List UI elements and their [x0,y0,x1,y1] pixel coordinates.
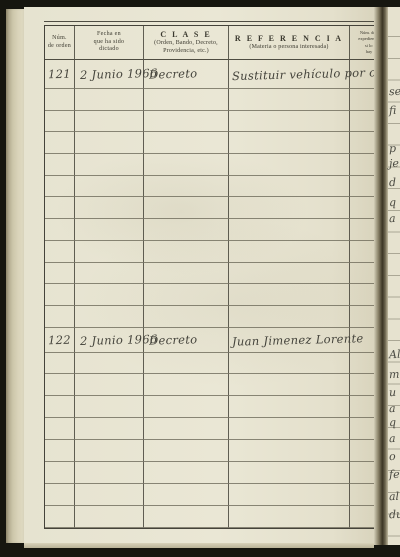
register-row-18-col-3 [229,462,350,484]
register-row-3-col-0 [45,132,75,154]
register-row-14-col-2 [144,374,229,396]
register-row-11-col-1 [75,306,144,328]
cutoff-handwriting-fragment: fe [389,468,400,481]
register-row-6-col-0 [45,197,75,219]
register-row-3-col-3 [229,132,350,154]
register-row-1-col-2 [144,89,229,111]
register-row-7-col-0 [45,219,75,241]
cutoff-handwriting-fragment: a [389,402,396,415]
register-row-3-col-1 [75,132,144,154]
register-row-5-col-3 [229,176,350,198]
header-text: hay [365,49,372,54]
register-row-4-col-3 [229,154,350,176]
register-row-0-col-0: 121 [45,60,75,89]
header-text: si lo [365,43,373,48]
register-row-1-col-3 [229,89,350,111]
register-row-10-col-0 [45,284,75,306]
register-row-19-col-2 [144,484,229,506]
register-row-6-col-3 [229,197,350,219]
register-row-5-col-1 [75,176,144,198]
register-row-4-col-2 [144,154,229,176]
header-text: R E F E R E N C I A [235,34,343,44]
register-row-19-col-1 [75,484,144,506]
handwritten-entry: Decreto [144,332,198,347]
register-row-20-col-2 [144,506,229,528]
cutoff-handwriting-fragment: a [389,212,396,225]
register-row-4-col-1 [75,154,144,176]
register-row-8-col-0 [45,241,75,263]
register-row-7-col-3 [229,219,350,241]
register-row-6-col-2 [144,197,229,219]
register-row-15-col-1 [75,396,144,418]
register-row-19-col-3 [229,484,350,506]
register-row-17-col-3 [229,440,350,462]
header-text: dictado [99,46,119,54]
cutoff-handwriting-fragment: al [389,490,400,503]
register-row-9-col-3 [229,263,350,285]
register-row-13-col-3 [229,353,350,375]
handwritten-entry: Decreto [144,66,198,81]
register-row-1-col-0 [45,89,75,111]
cutoff-handwriting-fragment: d [389,176,396,189]
header-clase: C L A S E (Orden, Bando, Decreto, Provid… [144,26,229,60]
register-row-9-col-1 [75,263,144,285]
register-row-12-col-1: 2 Junio 1966 [75,328,144,353]
register-row-9-col-0 [45,263,75,285]
register-row-15-col-2 [144,396,229,418]
header-text: (Orden, Bando, Decreto, [154,40,218,48]
register-row-20-col-3 [229,506,350,528]
register-row-8-col-1 [75,241,144,263]
handwritten-entry: 121 [45,67,74,82]
register-row-17-col-2 [144,440,229,462]
register-row-6-col-1 [75,197,144,219]
facing-page-sliver: sefipjedqaAlmuaqaofealdu [388,7,400,545]
header-text: Fecha en [97,31,121,39]
cutoff-handwriting-fragment: se [389,85,400,98]
cutoff-handwriting-fragment: a [389,432,396,445]
register-row-11-col-0 [45,306,75,328]
register-row-0-col-3: Sustituir vehículo por otro [229,60,350,89]
register-row-8-col-3 [229,241,350,263]
register-row-1-col-1 [75,89,144,111]
register-row-8-col-2 [144,241,229,263]
register-row-18-col-0 [45,462,75,484]
register-row-2-col-0 [45,111,75,133]
header-text: (Materia o persona interesada) [249,44,328,52]
cutoff-handwriting-fragment: Al [389,348,400,361]
register-row-19-col-0 [45,484,75,506]
header-text: Núm. [52,35,67,43]
cutoff-handwriting-fragment: p [389,142,396,155]
register-row-14-col-3 [229,374,350,396]
cutoff-handwriting-fragment: du [389,508,400,521]
header-fecha: Fecha en que ha sido dictado [75,26,144,60]
register-row-18-col-2 [144,462,229,484]
header-num-orden: Núm. de orden [45,26,75,60]
register-row-16-col-0 [45,418,75,440]
register-row-4-col-0 [45,154,75,176]
register-row-14-col-1 [75,374,144,396]
register-row-16-col-1 [75,418,144,440]
header-text: de orden [48,43,71,51]
register-row-0-col-1: 2 Junio 1966 [75,60,144,89]
register-row-15-col-0 [45,396,75,418]
register-row-0-col-2: Decreto [144,60,229,89]
header-referencia: R E F E R E N C I A (Materia o persona i… [229,26,350,60]
register-row-13-col-0 [45,353,75,375]
register-row-20-col-0 [45,506,75,528]
handwritten-entry: Juan Jimenez Lorente [229,331,364,349]
cutoff-handwriting-fragment: q [389,416,396,429]
binding-gutter-shadow [374,7,388,545]
register-row-13-col-2 [144,353,229,375]
cutoff-handwriting-fragment: je [389,157,399,170]
handwritten-entry: 122 [45,332,74,347]
register-row-17-col-1 [75,440,144,462]
scanned-ledger-page: Núm. de orden Fecha en que ha sido dicta… [0,0,400,557]
cutoff-handwriting-fragment: q [389,196,396,209]
register-row-10-col-2 [144,284,229,306]
register-row-16-col-2 [144,418,229,440]
register-row-9-col-2 [144,263,229,285]
register-table: Núm. de orden Fecha en que ha sido dicta… [44,25,386,529]
register-row-5-col-0 [45,176,75,198]
cutoff-handwriting-fragment: o [389,450,396,463]
register-row-2-col-1 [75,111,144,133]
register-row-15-col-3 [229,396,350,418]
register-row-11-col-3 [229,306,350,328]
register-row-7-col-2 [144,219,229,241]
register-row-18-col-1 [75,462,144,484]
register-row-13-col-1 [75,353,144,375]
register-row-12-col-0: 122 [45,328,75,353]
book-page-edge [6,9,26,543]
register-row-2-col-3 [229,111,350,133]
register-row-12-col-3: Juan Jimenez Lorente [229,328,350,353]
register-row-7-col-1 [75,219,144,241]
cutoff-handwriting-fragment: m [389,368,400,381]
register-row-10-col-1 [75,284,144,306]
register-row-10-col-3 [229,284,350,306]
register-row-3-col-2 [144,132,229,154]
register-row-17-col-0 [45,440,75,462]
register-row-20-col-1 [75,506,144,528]
cutoff-handwriting-fragment: fi [389,104,397,117]
register-row-5-col-2 [144,176,229,198]
register-row-12-col-2: Decreto [144,328,229,353]
register-row-2-col-2 [144,111,229,133]
header-text: Providencia, etc.) [163,48,209,56]
ledger-left-page: Núm. de orden Fecha en que ha sido dicta… [24,7,374,545]
register-row-16-col-3 [229,418,350,440]
register-row-11-col-2 [144,306,229,328]
cutoff-handwriting-fragment: u [389,386,397,399]
header-text: que ha sido [94,39,125,47]
register-row-14-col-0 [45,374,75,396]
header-text: C L A S E [160,30,211,40]
